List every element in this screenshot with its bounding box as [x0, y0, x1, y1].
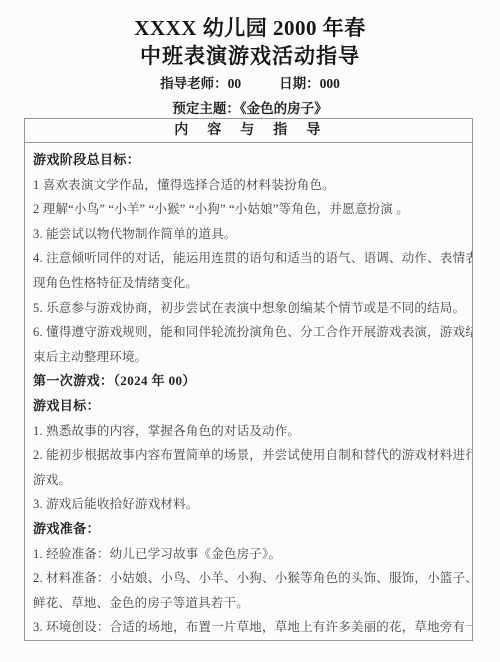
content-line: 鲜花、草地、金色的房子等道具若干。 — [33, 591, 465, 616]
document-meta-row: 指导老师：00 日期：000 — [0, 75, 500, 93]
document-title-line1: XXXX 幼儿园 2000 年春 — [0, 14, 500, 42]
content-line: 2. 材料准备：小姑娘、小鸟、小羊、小狗、小猴等角色的头饰、服饰，小篮子、 — [33, 566, 465, 591]
content-line: 3. 游戏后能收拾好游戏材料。 — [33, 492, 465, 517]
content-table: 内 容 与 指 导 游戏阶段总目标：1 喜欢表演文学作品，懂得选择合适的材料装扮… — [24, 118, 473, 641]
content-line: 3. 能尝试以物代物制作简单的道具。 — [33, 222, 465, 247]
date-field: 日期：000 — [279, 75, 340, 93]
teacher-field: 指导老师：00 — [160, 75, 241, 93]
table-header: 内 容 与 指 导 — [25, 119, 472, 143]
content-line: 5. 乐意参与游戏协商，初步尝试在表演中想象创编某个情节或是不同的结局。 — [33, 296, 465, 321]
content-line: 游戏阶段总目标： — [33, 148, 465, 173]
content-line: 游戏。 — [33, 468, 465, 493]
content-line: 现角色性格特征及情绪变化。 — [33, 271, 465, 296]
content-line: 游戏目标： — [33, 394, 465, 419]
content-line: 第一次游戏：（2024 年 00） — [33, 369, 465, 394]
content-line: 4. 注意倾听同伴的对话，能运用连贯的语句和适当的语气、语调、动作、表情表 — [33, 246, 465, 271]
content-line: 1. 经验准备：幼儿已学习故事《金色房子》。 — [33, 542, 465, 567]
content-line: 1 喜欢表演文学作品，懂得选择合适的材料装扮角色。 — [33, 173, 465, 198]
document-title-line2: 中班表演游戏活动指导 — [0, 42, 500, 70]
content-line: 2 理解“小鸟” “小羊” “小猴” “小狗” “小姑娘”等角色，并愿意扮演 。 — [33, 197, 465, 222]
content-line: 6. 懂得遵守游戏规则，能和同伴轮流扮演角色、分工合作开展游戏表演，游戏结 — [33, 320, 465, 345]
content-line: 3. 环境创设：合适的场地，布置一片草地，草地上有许多美丽的花，草地旁有一 — [33, 615, 465, 640]
document-page: XXXX 幼儿园 2000 年春 中班表演游戏活动指导 指导老师：00 日期：0… — [0, 0, 500, 662]
content-line: 束后主动整理环境。 — [33, 345, 465, 370]
table-body: 游戏阶段总目标：1 喜欢表演文学作品，懂得选择合适的材料装扮角色。2 理解“小鸟… — [25, 143, 472, 640]
theme-field: 预定主题：《金色的房子》 — [0, 100, 500, 118]
content-line: 1. 熟悉故事的内容，掌握各角色的对话及动作。 — [33, 419, 465, 444]
content-line: 2. 能初步根据故事内容布置简单的场景，并尝试使用自制和替代的游戏材料进行 — [33, 443, 465, 468]
content-line: 游戏准备： — [33, 517, 465, 542]
